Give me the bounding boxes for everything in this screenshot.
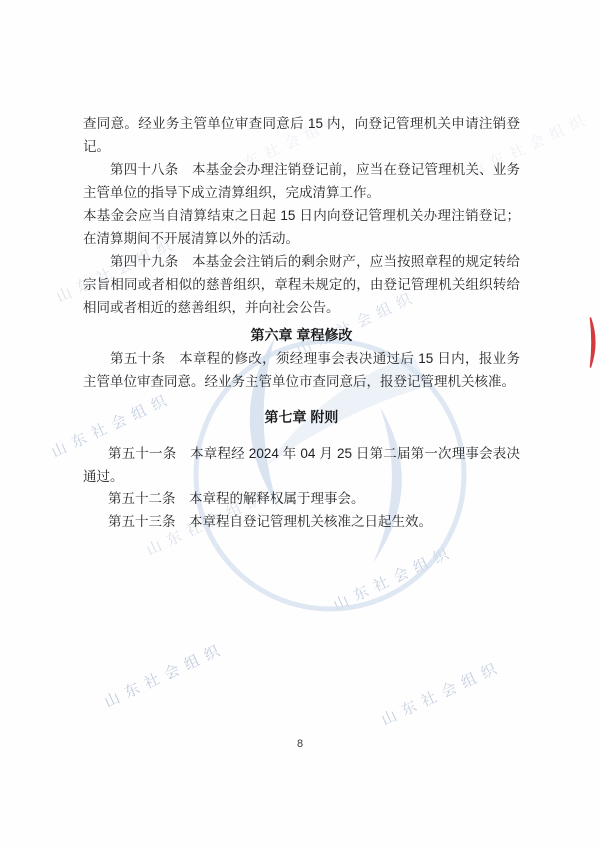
document-body: 查同意。经业务主管单位审查同意后 15 内，向登记管理机关申请注销登记。 第四十… [83, 112, 520, 533]
article-53: 第五十三条 本章程自登记管理机关核准之日起生效。 [83, 511, 520, 534]
official-seal-fragment-icon [584, 312, 600, 374]
article-52: 第五十二条 本章程的解释权属于理事会。 [83, 488, 520, 511]
document-page: 山东社会组织 山东社会组织 山东社会组织 山东社会组织 山东社会组织 山东社会组… [0, 0, 600, 848]
chapter-7-heading: 第七章 附则 [83, 406, 520, 429]
chapter-7-articles: 第五十一条 本章程经 2024 年 04 月 25 日第二届第一次理事会表决通过… [83, 443, 520, 533]
article-49: 第四十九条 本基金会注销后的剩余财产，应当按照章程的规定转给宗旨相同或者相似的慈… [83, 250, 520, 319]
article-51: 第五十一条 本章程经 2024 年 04 月 25 日第二届第一次理事会表决通过… [83, 443, 520, 488]
article-48: 第四十八条 本基金会办理注销登记前，应当在登记管理机关、业务主管单位的指导下成立… [83, 158, 520, 204]
watermark-text: 山东社会组织 [330, 540, 459, 615]
paragraph-continuation: 查同意。经业务主管单位审查同意后 15 内，向登记管理机关申请注销登记。 [83, 112, 520, 158]
page-number: 8 [0, 738, 600, 750]
article-50: 第五十条 本章程的修改，须经理事会表决通过后 15 日内，报业务主管单位审查同意… [83, 347, 520, 393]
watermark-text: 山东社会组织 [101, 637, 230, 712]
paragraph-liquidation: 本基金会应当自清算结束之日起 15 日内向登记管理机关办理注销登记；在清算期间不… [83, 204, 520, 250]
watermark-text: 山东社会组织 [378, 655, 507, 730]
chapter-6-heading: 第六章 章程修改 [83, 324, 520, 347]
